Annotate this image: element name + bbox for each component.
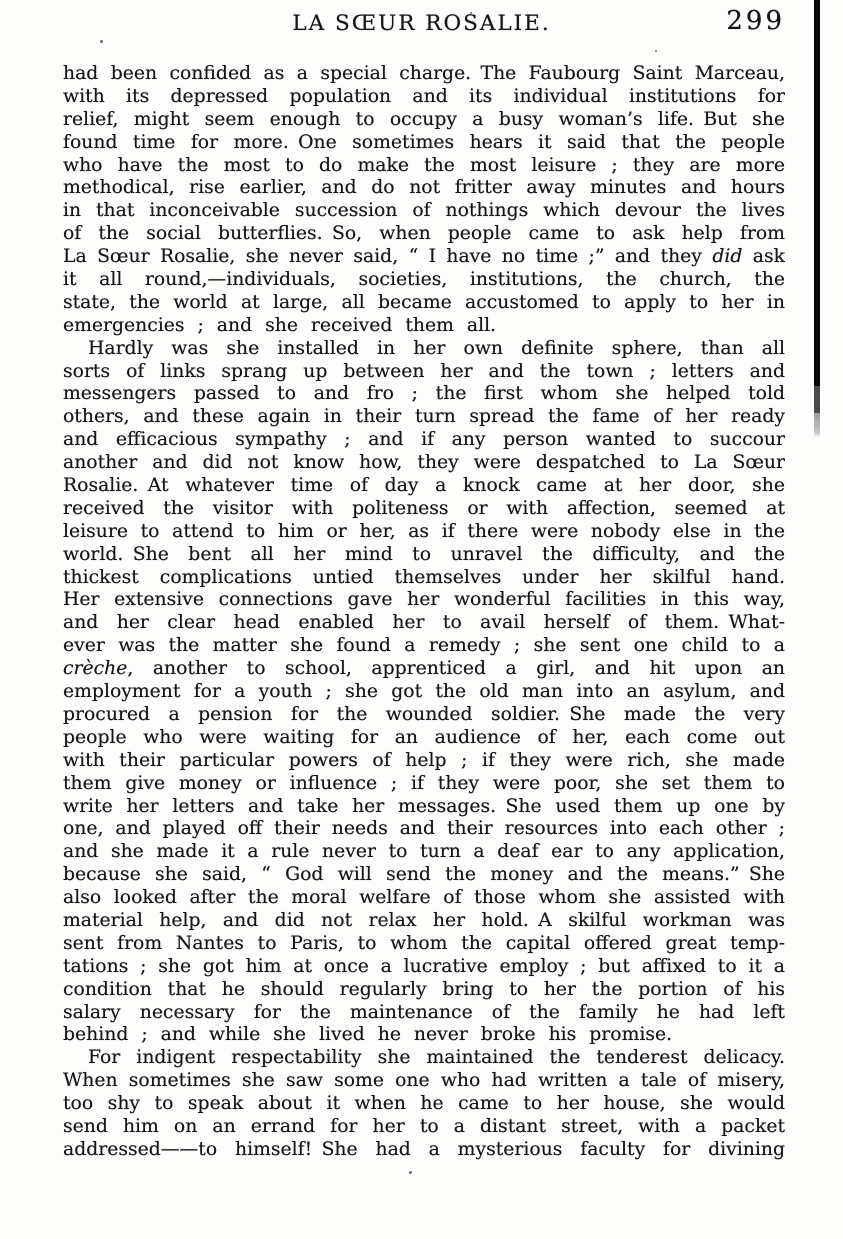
- scan-edge-artifact: [814, 0, 820, 438]
- text-line: tations ; she got him at once a lucrativ…: [63, 956, 785, 979]
- scan-speck: [100, 40, 103, 43]
- text-line: send him on an errand for her to a dista…: [63, 1116, 785, 1139]
- book-page: LA SŒUR ROSALIE. 299 had been confided a…: [0, 0, 843, 1239]
- text-line: people who were waiting for an audience …: [63, 727, 785, 750]
- scan-speck: [409, 1171, 412, 1174]
- text-line: When sometimes she saw some one who had …: [63, 1070, 785, 1093]
- text-line: sent from Nantes to Paris, to whom the c…: [63, 933, 785, 956]
- text-line: procured a pension for the wounded soldi…: [63, 704, 785, 727]
- text-line: and efficacious sympathy ; and if any pe…: [63, 429, 785, 452]
- text-line: Rosalie. At whatever time of day a knock…: [63, 475, 785, 498]
- text-line: crèche, another to school, apprenticed a…: [63, 658, 785, 681]
- text-line: one, and played off their needs and thei…: [63, 818, 785, 841]
- text-line: of the social butterflies. So, when peop…: [63, 223, 785, 246]
- text-line: addressed——to himself! She had a mysteri…: [63, 1139, 785, 1162]
- text-line: material help, and did not relax her hol…: [63, 910, 785, 933]
- text-line: Her extensive connections gave her wonde…: [63, 589, 785, 612]
- text-line: condition that he should regularly bring…: [63, 979, 785, 1002]
- text-line: messengers passed to and fro ; the first…: [63, 383, 785, 406]
- text-line: sorts of links sprang up between her and…: [63, 361, 785, 384]
- text-line: leisure to attend to him or her, as if t…: [63, 521, 785, 544]
- text-line: employment for a youth ; she got the old…: [63, 681, 785, 704]
- text-line: world. She bent all her mind to unravel …: [63, 544, 785, 567]
- text-line: others, and these again in their turn sp…: [63, 406, 785, 429]
- text-line: emergencies ; and she received them all.: [63, 315, 785, 338]
- text-line: state, the world at large, all became ac…: [63, 292, 785, 315]
- text-line: methodical, rise earlier, and do not fri…: [63, 177, 785, 200]
- text-line: had been confided as a special charge. T…: [63, 63, 785, 86]
- text-line: with its depressed population and its in…: [63, 86, 785, 109]
- text-line: found time for more. One sometimes hears…: [63, 132, 785, 155]
- text-line: who have the most to do make the most le…: [63, 155, 785, 178]
- text-line: and her clear head enabled her to avail …: [63, 612, 785, 635]
- text-line: write her letters and take her messages.…: [63, 796, 785, 819]
- text-line: behind ; and while she lived he never br…: [63, 1024, 785, 1047]
- text-line: too shy to speak about it when he came t…: [63, 1093, 785, 1116]
- text-line: them give money or influence ; if they w…: [63, 773, 785, 796]
- text-line: with their particular powers of help ; i…: [63, 750, 785, 773]
- text-line: received the visitor with politeness or …: [63, 498, 785, 521]
- page-header: LA SŒUR ROSALIE. 299: [0, 0, 843, 50]
- scan-speck: [655, 50, 657, 52]
- text-line: relief, might seem enough to occupy a bu…: [63, 109, 785, 132]
- text-line: Hardly was she installed in her own defi…: [63, 338, 785, 361]
- text-line: also looked after the moral welfare of t…: [63, 887, 785, 910]
- running-title: LA SŒUR ROSALIE.: [0, 11, 843, 36]
- text-line: another and did not know how, they were …: [63, 452, 785, 475]
- text-line: in that inconceivable succession of noth…: [63, 200, 785, 223]
- page-number: 299: [726, 6, 785, 36]
- text-line: it all round,—individuals, societies, in…: [63, 269, 785, 292]
- text-line: For indigent respectability she maintain…: [63, 1047, 785, 1070]
- text-line: and she made it a rule never to turn a d…: [63, 841, 785, 864]
- text-line: thickest complications untied themselves…: [63, 567, 785, 590]
- text-line: salary necessary for the maintenance of …: [63, 1002, 785, 1025]
- text-line: because she said, “ God will send the mo…: [63, 864, 785, 887]
- page-body: had been confided as a special charge. T…: [63, 63, 785, 1162]
- scan-speck: [470, 12, 472, 14]
- text-line: ever was the matter she found a remedy ;…: [63, 635, 785, 658]
- text-line: La Sœur Rosalie, she never said, “ I hav…: [63, 246, 785, 269]
